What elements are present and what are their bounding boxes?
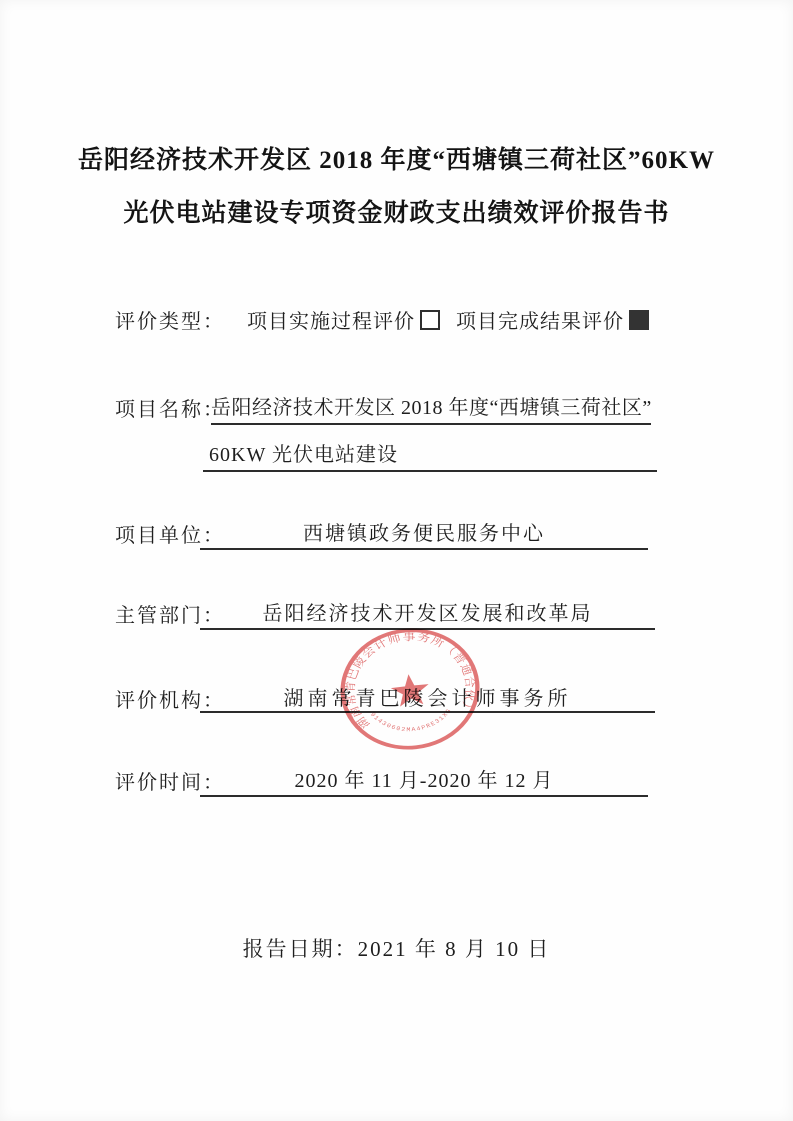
report-title-line2: 光伏电站建设专项资金财政支出绩效评价报告书 xyxy=(0,193,793,229)
eval-type-row: 评价类型： 项目实施过程评价 项目完成结果评价 xyxy=(115,305,649,334)
report-title-line1: 岳阳经济技术开发区 2018 年度“西塘镇三荷社区”60KW xyxy=(0,140,793,176)
eval-option-result-label: 项目完成结果评价 xyxy=(456,305,624,334)
report-date-label: 报告日期： xyxy=(243,937,358,961)
eval-option-process-label: 项目实施过程评价 xyxy=(247,305,415,334)
report-date-row: 报告日期：2021 年 8 月 10 日 xyxy=(0,933,793,963)
project-unit-value: 西塘镇政务便民服务中心 xyxy=(200,517,648,550)
process-checkbox xyxy=(420,310,440,330)
project-name-value-line1: 岳阳经济技术开发区 2018 年度“西塘镇三荷社区” xyxy=(211,391,651,425)
eval-option-process: 项目实施过程评价 xyxy=(247,305,440,334)
eval-period-value: 2020 年 11 月-2020 年 12 月 xyxy=(200,764,648,797)
company-seal-stamp: 湖南常青巴陵会计师事务所（普通合伙） 91430602MA4PRE31XG xyxy=(328,615,493,762)
seal-star-icon xyxy=(390,672,431,707)
report-cover-page: 岳阳经济技术开发区 2018 年度“西塘镇三荷社区”60KW 光伏电站建设专项资… xyxy=(0,0,793,1121)
result-checkbox xyxy=(629,310,649,330)
project-name-value-line2: 60KW 光伏电站建设 xyxy=(203,438,657,472)
seal-credit-code: 91430602MA4PRE31XG xyxy=(368,703,455,737)
project-name-label: 项目名称： xyxy=(115,393,225,422)
report-date-value: 2021 年 8 月 10 日 xyxy=(358,937,551,961)
eval-option-result: 项目完成结果评价 xyxy=(456,305,649,334)
eval-type-label: 评价类型： xyxy=(115,305,225,334)
